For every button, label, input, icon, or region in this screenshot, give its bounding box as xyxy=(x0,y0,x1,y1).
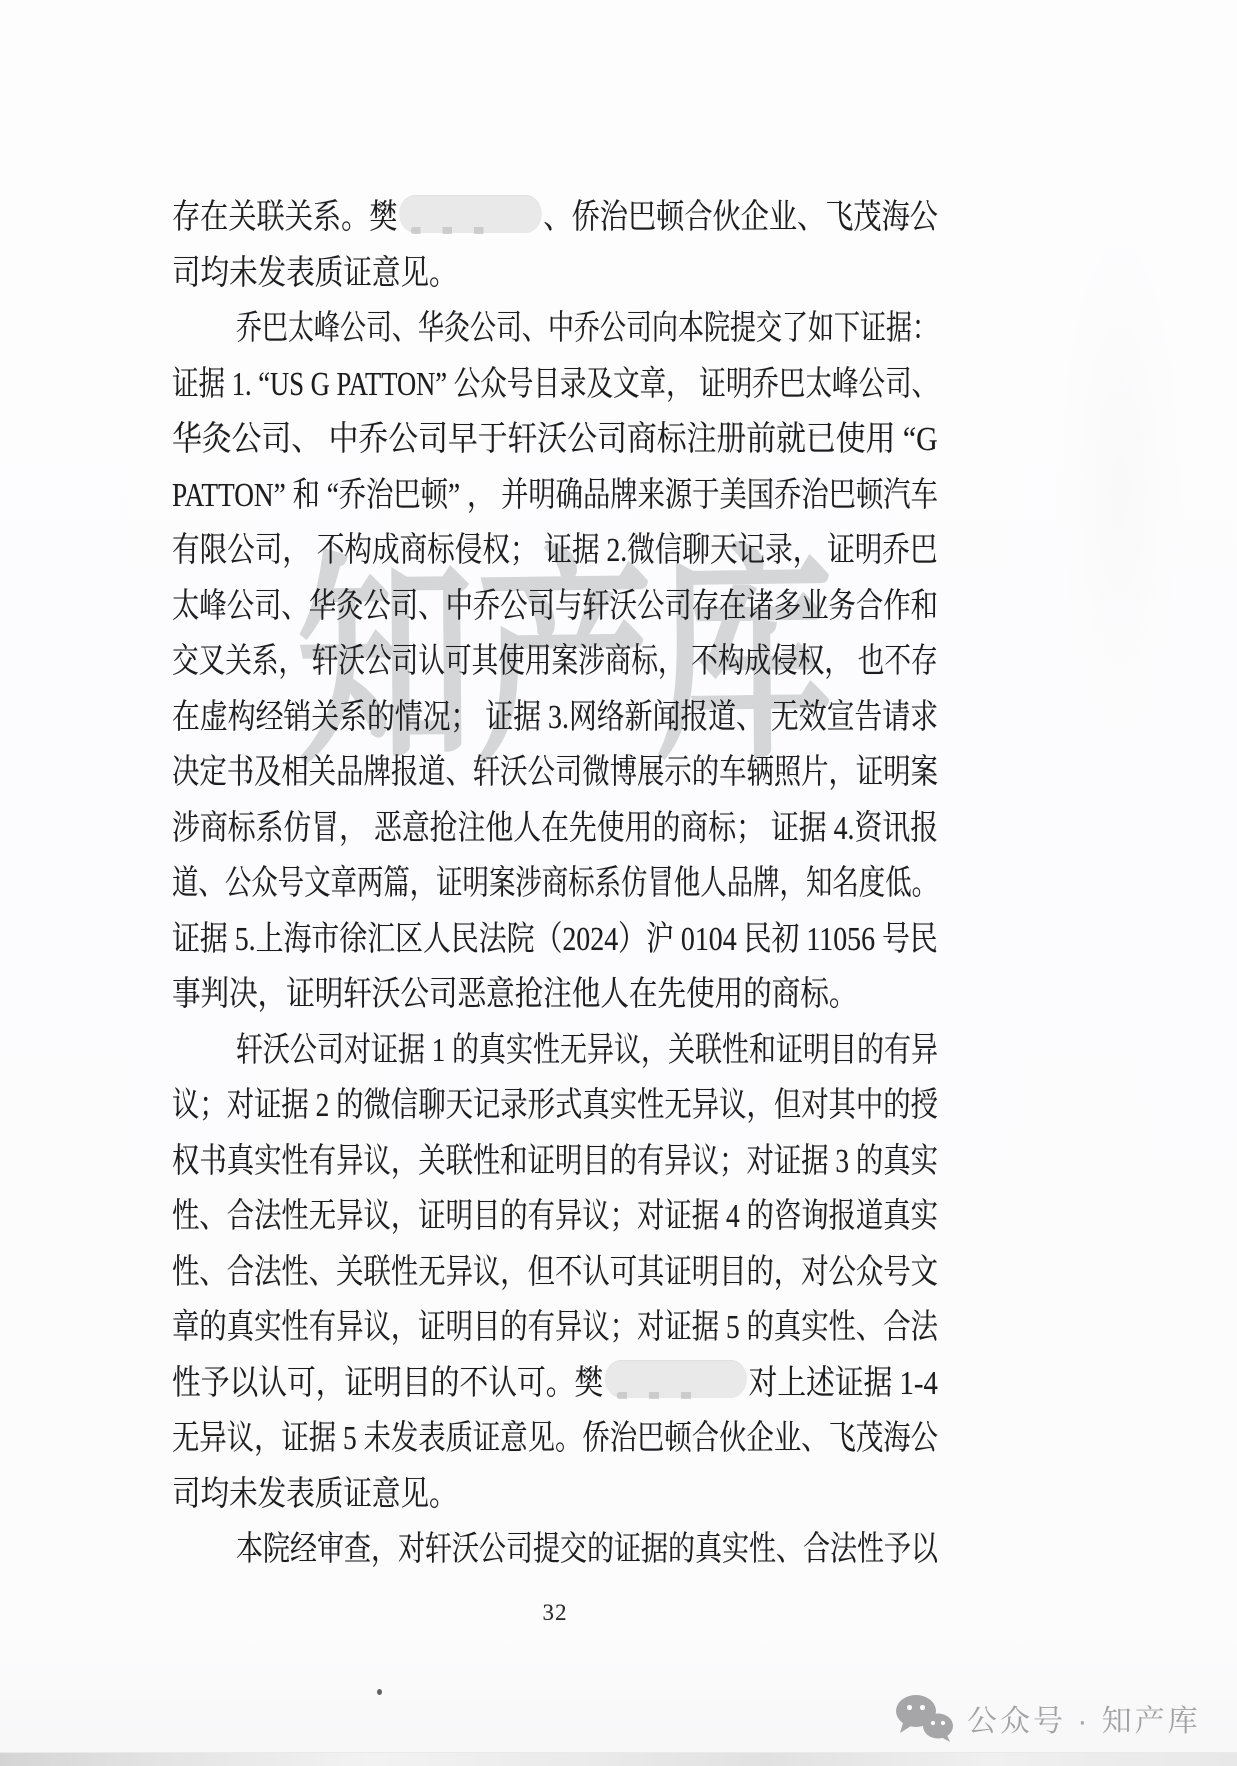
document-line: 章的真实性有异议，证明目的有异议；对证据 5 的真实性、合法 xyxy=(172,1296,938,1352)
document-line: 司均未发表质证意见。 xyxy=(172,242,938,298)
footer-label: 公众号 · 知产库 xyxy=(967,1696,1201,1740)
document-line: 司均未发表质证意见。 xyxy=(172,1463,938,1519)
wechat-icon xyxy=(893,1693,955,1743)
document-line: 无异议，证据 5 未发表质证意见。侨治巴顿合伙企业、飞茂海公 xyxy=(172,1407,938,1463)
document-line: 证据 1. “US G PATTON” 公众号目录及文章， 证明乔巴太峰公司、 xyxy=(172,353,938,409)
redaction-box xyxy=(399,195,542,233)
document-text: 存在关联关系。樊、侨治巴顿合伙企业、飞茂海公司均未发表质证意见。乔巴太峰公司、华… xyxy=(172,186,938,1574)
scan-dot-artifact xyxy=(377,1689,382,1695)
document-line: 议；对证据 2 的微信聊天记录形式真实性无异议，但对其中的授 xyxy=(172,1074,938,1130)
document-line: 事判决，证明轩沃公司恶意抢注他人在先使用的商标。 xyxy=(172,963,938,1019)
document-line: 性、合法性、关联性无异议，但不认可其证明目的，对公众号文 xyxy=(172,1241,938,1297)
document-line: 性予以认可，证明目的不认可。樊对上述证据 1-4 xyxy=(172,1352,938,1408)
document-line: 华灸公司、 中乔公司早于轩沃公司商标注册前就已使用 “G xyxy=(172,408,938,464)
footer-brand: 公众号 · 知产库 xyxy=(893,1693,1201,1743)
document-line: 本院经审查，对轩沃公司提交的证据的真实性、合法性予以 xyxy=(172,1518,938,1574)
document-line: 性、合法性无异议，证明目的有异议；对证据 4 的咨询报道真实 xyxy=(172,1185,938,1241)
document-line: 道、公众号文章两篇，证明案涉商标系仿冒他人品牌，知名度低。 xyxy=(172,852,938,908)
document-line: PATTON” 和 “乔治巴顿” ， 并明确品牌来源于美国乔治巴顿汽车 xyxy=(172,464,938,520)
scan-edge-artifact xyxy=(0,1752,1237,1766)
document-line: 涉商标系仿冒， 恶意抢注他人在先使用的商标； 证据 4.资讯报 xyxy=(172,797,938,853)
document-line: 有限公司， 不构成商标侵权； 证据 2.微信聊天记录， 证明乔巴 xyxy=(172,519,938,575)
document-line: 权书真实性有异议，关联性和证明目的有异议；对证据 3 的真实 xyxy=(172,1130,938,1186)
document-line: 轩沃公司对证据 1 的真实性无异议，关联性和证明目的有异 xyxy=(172,1019,938,1075)
page-number: 32 xyxy=(172,1600,938,1626)
document-page: 知产库 存在关联关系。樊、侨治巴顿合伙企业、飞茂海公司均未发表质证意见。乔巴太峰… xyxy=(0,0,1237,1766)
document-line: 在虚构经销关系的情况； 证据 3.网络新闻报道、 无效宣告请求 xyxy=(172,686,938,742)
scan-smudge xyxy=(1060,240,1180,740)
document-line: 存在关联关系。樊、侨治巴顿合伙企业、飞茂海公 xyxy=(172,186,938,242)
document-line: 交叉关系， 轩沃公司认可其使用案涉商标， 不构成侵权， 也不存 xyxy=(172,630,938,686)
redaction-box xyxy=(605,1360,747,1398)
document-line: 太峰公司、华灸公司、中乔公司与轩沃公司存在诸多业务合作和 xyxy=(172,575,938,631)
document-line: 决定书及相关品牌报道、轩沃公司微博展示的车辆照片，证明案 xyxy=(172,741,938,797)
document-line: 乔巴太峰公司、华灸公司、中乔公司向本院提交了如下证据： xyxy=(172,297,938,353)
document-line: 证据 5.上海市徐汇区人民法院（2024）沪 0104 民初 11056 号民 xyxy=(172,908,938,964)
